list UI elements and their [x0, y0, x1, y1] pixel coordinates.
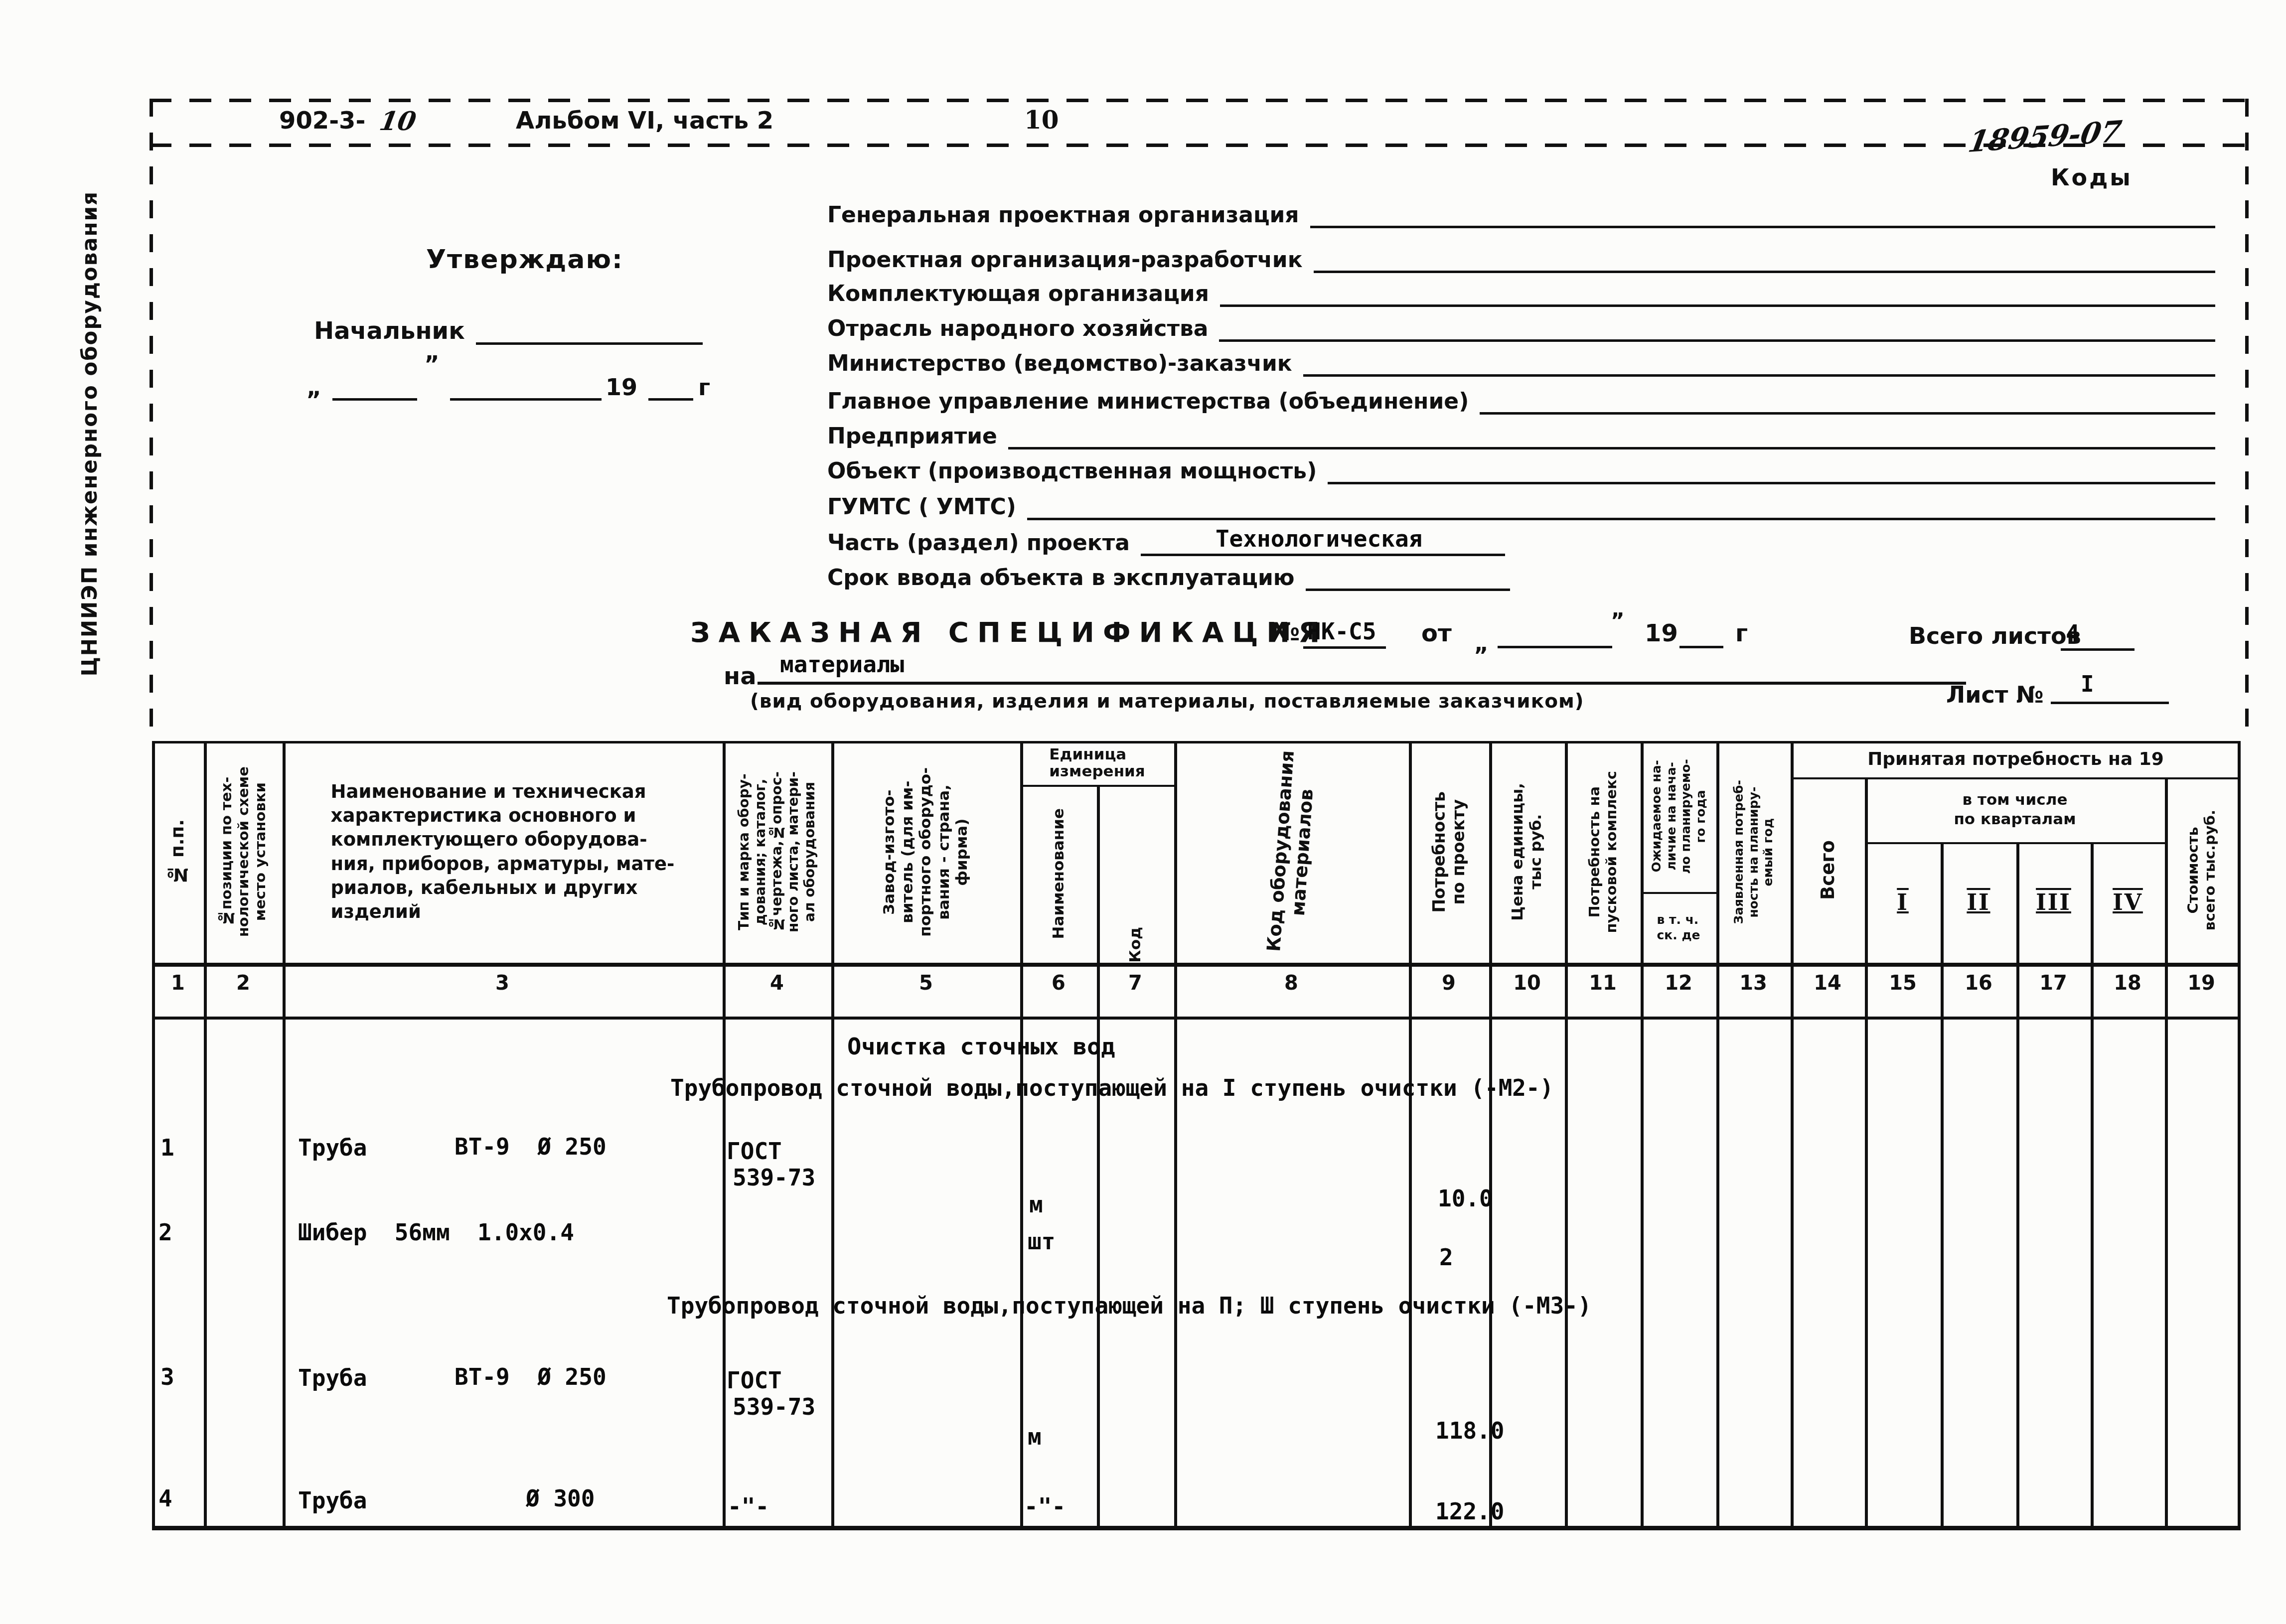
- total-sheets-label: Всего листов: [1909, 623, 2081, 649]
- spec-year-line: [1679, 623, 1723, 648]
- col-num: 7: [1110, 972, 1160, 995]
- frame-dash-right: [2245, 99, 2249, 742]
- col-header-17-wrap: III: [2016, 842, 2091, 963]
- spec-from-label: от: [1421, 620, 1452, 647]
- form-blank-line: [1303, 369, 2215, 377]
- col-num: 19: [2176, 972, 2226, 995]
- col-num: 9: [1424, 972, 1474, 995]
- col-num: 14: [1803, 972, 1852, 995]
- col-num: 5: [901, 972, 951, 995]
- col-num: 10: [1502, 972, 1552, 995]
- form-row-project-part: Часть (раздел) проекта Технологическая: [827, 528, 1505, 556]
- col-header-12-sub-wrap: в т. ч. ск. де: [1641, 892, 1716, 963]
- form-row-developer-org: Проектная организация-разработчик: [827, 245, 2215, 273]
- page-number: 10: [1024, 106, 1059, 135]
- section-subtitle: Трубопровод сточной воды,поступающей на …: [667, 1293, 1592, 1319]
- spec-no-value: НК-С5: [1303, 619, 1386, 649]
- quarter-2-header: II: [1967, 890, 1990, 915]
- form-label: Проектная организация-разработчик: [827, 248, 1303, 273]
- form-label: Отрасль народного хозяйства: [827, 316, 1208, 342]
- col-header-project-need: Потребность по проекту: [1430, 791, 1469, 913]
- col-num: 8: [1266, 972, 1316, 995]
- project-part-value: Технологическая: [1216, 526, 1422, 552]
- col-header-4-wrap: Тип и марка обору- дования; каталог, №че…: [723, 741, 831, 963]
- form-label: Объект (производственная мощность): [827, 459, 1317, 484]
- approve-quote-close: ”: [424, 351, 439, 378]
- approve-year-suffix: г: [698, 374, 710, 401]
- quarter-3-header: III: [2036, 890, 2071, 915]
- form-blank-line: [1027, 513, 2215, 520]
- unit-group-label: Единица измерения: [1049, 746, 1145, 780]
- col-header-type-mark: Тип и марка обору- дования; каталог, №че…: [736, 771, 818, 932]
- frame-dash-top: [150, 99, 2249, 102]
- total-sheets-value: 4: [2061, 621, 2134, 651]
- col-header-16-wrap: II: [1941, 842, 2016, 963]
- approve-quote-open: „: [306, 374, 321, 401]
- approve-day-line: [332, 393, 417, 401]
- row-gost: ГОСТ: [727, 1139, 782, 1164]
- row-spec: ВТ-9 Ø 250: [455, 1134, 607, 1160]
- quarter-4-header: IV: [2113, 890, 2143, 915]
- grid-line: [2238, 741, 2241, 1528]
- col-header-position: №позиции по тех- нологической схеме мест…: [218, 766, 269, 937]
- album-label: Альбом VI, часть 2: [516, 107, 773, 135]
- form-blank-line: [1220, 299, 2215, 307]
- form-label: Министерство (ведомство)-заказчик: [827, 351, 1292, 377]
- col-header-declared-need: Заявленная потреб- ность на планиру- емы…: [1731, 780, 1776, 924]
- row-qty: 2: [1439, 1245, 1453, 1270]
- chief-signature-row: Начальник: [314, 317, 703, 345]
- row-name: Труба: [298, 1488, 367, 1513]
- col-num: 1: [153, 972, 203, 995]
- col-header-11-wrap: Потребность на пусковой комплекс: [1565, 741, 1641, 963]
- row-num: 1: [160, 1135, 174, 1161]
- spec-quote-open: „: [1474, 632, 1489, 657]
- row-spec: Ø 300: [526, 1486, 595, 1511]
- row-name: Труба: [298, 1365, 367, 1391]
- form-blank-line: [1480, 407, 2215, 415]
- form-row-general-org: Генеральная проектная организация: [827, 200, 2215, 228]
- col-num: 4: [752, 972, 802, 995]
- col-header-unit-code: Код: [1126, 912, 1145, 963]
- col-header-5-wrap: Завод-изгото- витель (для им- портного о…: [831, 741, 1020, 963]
- col-header-15-wrap: I: [1865, 842, 1941, 963]
- row-unit: м: [1029, 1192, 1043, 1217]
- form-label: ГУМТС ( УМТС): [827, 495, 1016, 520]
- col-num: 12: [1654, 972, 1703, 995]
- side-institute-label: ЦНИИЭП инженерного оборудования: [77, 191, 102, 676]
- doc-code: 902-3-: [279, 107, 365, 135]
- spec-date-line: [1498, 623, 1612, 648]
- form-blank-line: [1328, 477, 2215, 484]
- col-header-12-wrap: Ожидаемое на- личие на нача- ло планируе…: [1641, 741, 1716, 892]
- form-row-enterprise: Предприятие: [827, 422, 2215, 449]
- col-header-7-wrap: Код: [1097, 785, 1174, 963]
- col-num: 2: [218, 972, 268, 995]
- form-row-ministry: Министерство (ведомство)-заказчик: [827, 349, 2215, 377]
- form-blank-line: [1008, 442, 2215, 449]
- row-qty: 10.0: [1438, 1186, 1493, 1211]
- form-blank-line: [1306, 584, 1511, 591]
- row-gost: -"-: [728, 1494, 769, 1519]
- chief-label: Начальник: [314, 317, 465, 345]
- col-num: 15: [1878, 972, 1928, 995]
- col-header-total: Всего: [1817, 840, 1839, 900]
- col-header-manufacturer: Завод-изгото- витель (для им- портного о…: [880, 767, 971, 937]
- form-row-gumts: ГУМТС ( УМТС): [827, 492, 2215, 520]
- approve-date-row: „ ” 19 г: [306, 373, 710, 401]
- col-header-3-wrap: Наименование и техническая характеристик…: [283, 741, 723, 963]
- row-gost-number: 539-73: [733, 1165, 815, 1190]
- form-label: Часть (раздел) проекта: [827, 531, 1130, 556]
- form-label: Главное управление министерства (объедин…: [827, 389, 1469, 415]
- form-label: Генеральная проектная организация: [827, 203, 1299, 228]
- col-header-npp: № п.п.: [167, 819, 188, 885]
- quarters-group-label: в том числе по кварталам: [1954, 790, 2076, 829]
- section-group-title: Очистка сточных вод: [847, 1034, 1115, 1060]
- row-spec: ВТ-9 Ø 250: [455, 1364, 607, 1390]
- form-blank-line: [1219, 334, 2215, 342]
- col-header-8-wrap: Код оборудования материалов: [1174, 741, 1409, 963]
- form-label: Комплектующая организация: [827, 282, 1209, 307]
- row-qty: 118.0: [1435, 1418, 1504, 1444]
- stamp-handwritten-number: 18959-07: [1966, 114, 2124, 159]
- form-row-commissioning-date: Срок ввода объекта в эксплуатацию: [827, 563, 1510, 591]
- col-header-startup-need: Потребность на пусковой комплекс: [1586, 771, 1620, 933]
- frame-dash-left: [150, 99, 153, 742]
- col-header-expected-stock: Ожидаемое на- личие на нача- ло планируе…: [1649, 759, 1708, 874]
- form-row-industry: Отрасль народного хозяйства: [827, 314, 2215, 342]
- row-unit: шт: [1028, 1229, 1055, 1254]
- spec-year-suffix: г: [1735, 620, 1748, 647]
- row-qty: 122.0: [1435, 1499, 1504, 1524]
- form-blank-line: [1310, 221, 2215, 228]
- spec-title: ЗАКАЗНАЯ СПЕЦИФИКАЦИЯ: [690, 617, 1328, 649]
- table-bottom-border: [152, 1526, 2241, 1530]
- col-num: 16: [1954, 972, 2003, 995]
- frame-dash-band-bottom: [150, 144, 2249, 147]
- subject-hint: (вид оборудования, изделия и материалы, …: [750, 691, 1584, 713]
- side-institute-label-wrap: ЦНИИЭП инженерного оборудования: [70, 179, 110, 688]
- col-num: 18: [2103, 972, 2152, 995]
- col-header-equipment-code: Код оборудования материалов: [1263, 750, 1320, 954]
- approve-title: Утверждаю:: [426, 245, 623, 275]
- spec-year-prefix: 19: [1645, 620, 1678, 647]
- col-header-14-wrap: Всего: [1791, 777, 1865, 963]
- col-header-unit-price: Цена единицы, тыс руб.: [1509, 783, 1545, 921]
- col-header-6-wrap: Наименование: [1020, 785, 1097, 963]
- form-row-object: Объект (производственная мощность): [827, 456, 2215, 484]
- col-header-9-wrap: Потребность по проекту: [1409, 741, 1489, 963]
- table-header-bottom: [152, 963, 2241, 967]
- quarter-1-header: I: [1897, 890, 1909, 915]
- form-row-completing-org: Комплектующая организация: [827, 279, 2215, 307]
- col-num: 13: [1728, 972, 1778, 995]
- spec-quote-close: ”: [1611, 609, 1625, 633]
- col-num: 11: [1578, 972, 1628, 995]
- col-header-10-wrap: Цена единицы, тыс руб.: [1489, 741, 1565, 963]
- col-header-2-wrap: №позиции по тех- нологической схеме мест…: [204, 741, 283, 963]
- col-header-1-wrap: № п.п.: [152, 741, 204, 963]
- row-num: 4: [158, 1486, 172, 1511]
- col-num: 17: [2028, 972, 2078, 995]
- quarters-group-wrap: в том числе по кварталам: [1865, 777, 2165, 842]
- row-gost: ГОСТ: [727, 1368, 782, 1393]
- unit-group-wrap: Единица измерения: [1020, 741, 1174, 785]
- row-unit: -"-: [1024, 1494, 1066, 1519]
- row-name: Труба: [298, 1135, 367, 1161]
- accepted-group-wrap: Принятая потребность на 19: [1791, 741, 2241, 777]
- section-subtitle: Трубопровод сточной воды,поступающей на …: [670, 1075, 1553, 1101]
- codes-label: Коды: [2051, 164, 2133, 191]
- approve-month-line: [450, 393, 601, 401]
- col-num: 3: [477, 972, 527, 995]
- form-blank-line: [1314, 266, 2215, 273]
- doc-code-handwritten: 10: [377, 106, 419, 137]
- form-value-line: Технологическая: [1141, 549, 1505, 556]
- col-num: 6: [1034, 972, 1083, 995]
- row-unit: м: [1028, 1424, 1042, 1450]
- accepted-group-label: Принятая потребность на 19: [1867, 749, 2164, 769]
- row-num: 3: [160, 1364, 174, 1390]
- col-header-12-sub: в т. ч. ск. де: [1657, 912, 1700, 943]
- col-header-19-wrap: Стоимость всего тыс.руб.: [2165, 777, 2238, 963]
- approve-year-prefix: 19: [606, 374, 637, 401]
- approve-year-line: [648, 393, 693, 401]
- col-header-13-wrap: Заявленная потреб- ность на планиру- емы…: [1716, 741, 1791, 963]
- subject-on-label: на: [724, 663, 757, 690]
- form-label: Предприятие: [827, 424, 997, 449]
- form-label: Срок ввода объекта в эксплуатацию: [827, 566, 1295, 591]
- chief-signature-line: [476, 337, 703, 345]
- table-numrow-bottom: [152, 1017, 2241, 1020]
- sheet-no-label: Лист №: [1946, 682, 2044, 708]
- subject-line: [758, 657, 1966, 685]
- scanned-specification-sheet: ЦНИИЭП инженерного оборудования 902-3- 1…: [0, 0, 2286, 1624]
- row-name: Шибер 56мм 1.0х0.4: [298, 1220, 574, 1245]
- col-header-18-wrap: IV: [2091, 842, 2165, 963]
- form-row-main-department: Главное управление министерства (объедин…: [827, 387, 2215, 415]
- row-gost-number: 539-73: [733, 1394, 815, 1420]
- col-header-cost-total: Стоимость всего тыс.руб.: [2184, 810, 2218, 931]
- row-num: 2: [158, 1220, 172, 1245]
- col-header-unit-name: Наименование: [1050, 808, 1068, 939]
- spec-no-label: №: [1270, 618, 1300, 647]
- col-header-name: Наименование и техническая характеристик…: [331, 780, 675, 924]
- sheet-no-value: I: [2051, 673, 2169, 704]
